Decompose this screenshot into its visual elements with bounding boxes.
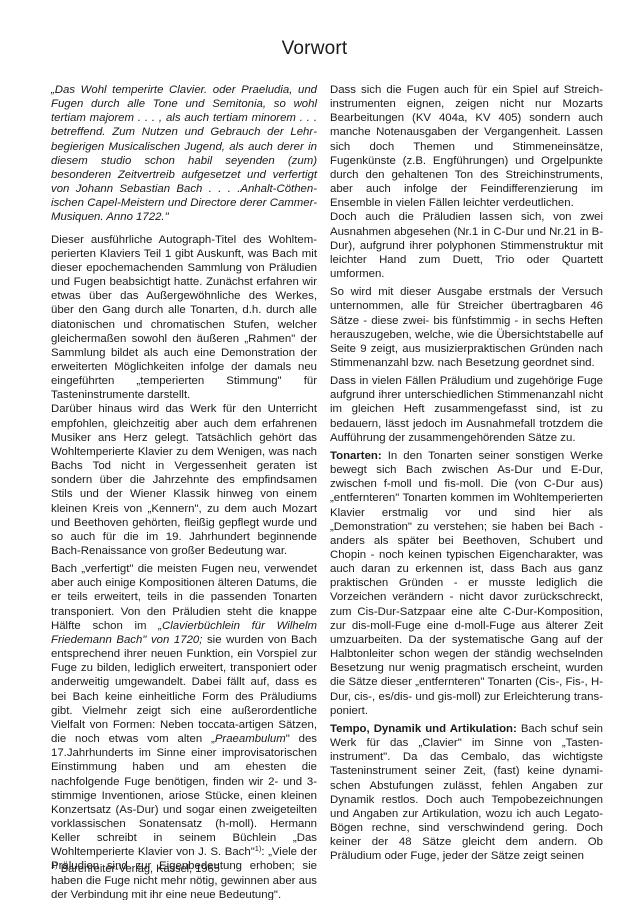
right-column: Dass sich die Fugen auch für ein Spiel a… <box>330 83 603 867</box>
paragraph-composition: Bach „verfertigt" die meisten Fugen neu,… <box>51 562 317 900</box>
paragraph-preludes: Doch auch die Präludien lassen sich, von… <box>330 210 603 281</box>
footnote: 1) Bärenreiter-Verlag, Kassel, 1965 <box>51 862 317 876</box>
paragraph-autograph-title: Dieser ausführliche Autograph-Titel des … <box>51 233 317 403</box>
praeambulum-term: Praeambulum <box>215 733 286 745</box>
title-quote: „Das Wohl temperirte Clavier. oder Prael… <box>51 83 317 225</box>
paragraph-grouping: Dass in vielen Fällen Präludium und zuge… <box>330 374 603 445</box>
page-title: Vorwort <box>0 38 629 60</box>
paragraph-strings-suitability: Dass sich die Fugen auch für ein Spiel a… <box>330 83 603 210</box>
paragraph-tonarten: Tonarten: In den Tonarten seiner sonstig… <box>330 449 603 718</box>
left-column: „Das Wohl temperirte Clavier. oder Prael… <box>51 83 317 900</box>
footnote-number: 1) <box>51 861 58 870</box>
paragraph-edition: So wird mit dieser Ausgabe erstmals der … <box>330 285 603 370</box>
section-heading-tempo: Tempo, Dynamik und Artikulation: <box>330 723 517 735</box>
paragraph-teaching: Darüber hinaus wird das Werk für den Unt… <box>51 402 317 558</box>
section-heading-tonarten: Tonarten: <box>330 450 382 462</box>
paragraph-tempo: Tempo, Dynamik und Artikulation: Bach sc… <box>330 722 603 864</box>
